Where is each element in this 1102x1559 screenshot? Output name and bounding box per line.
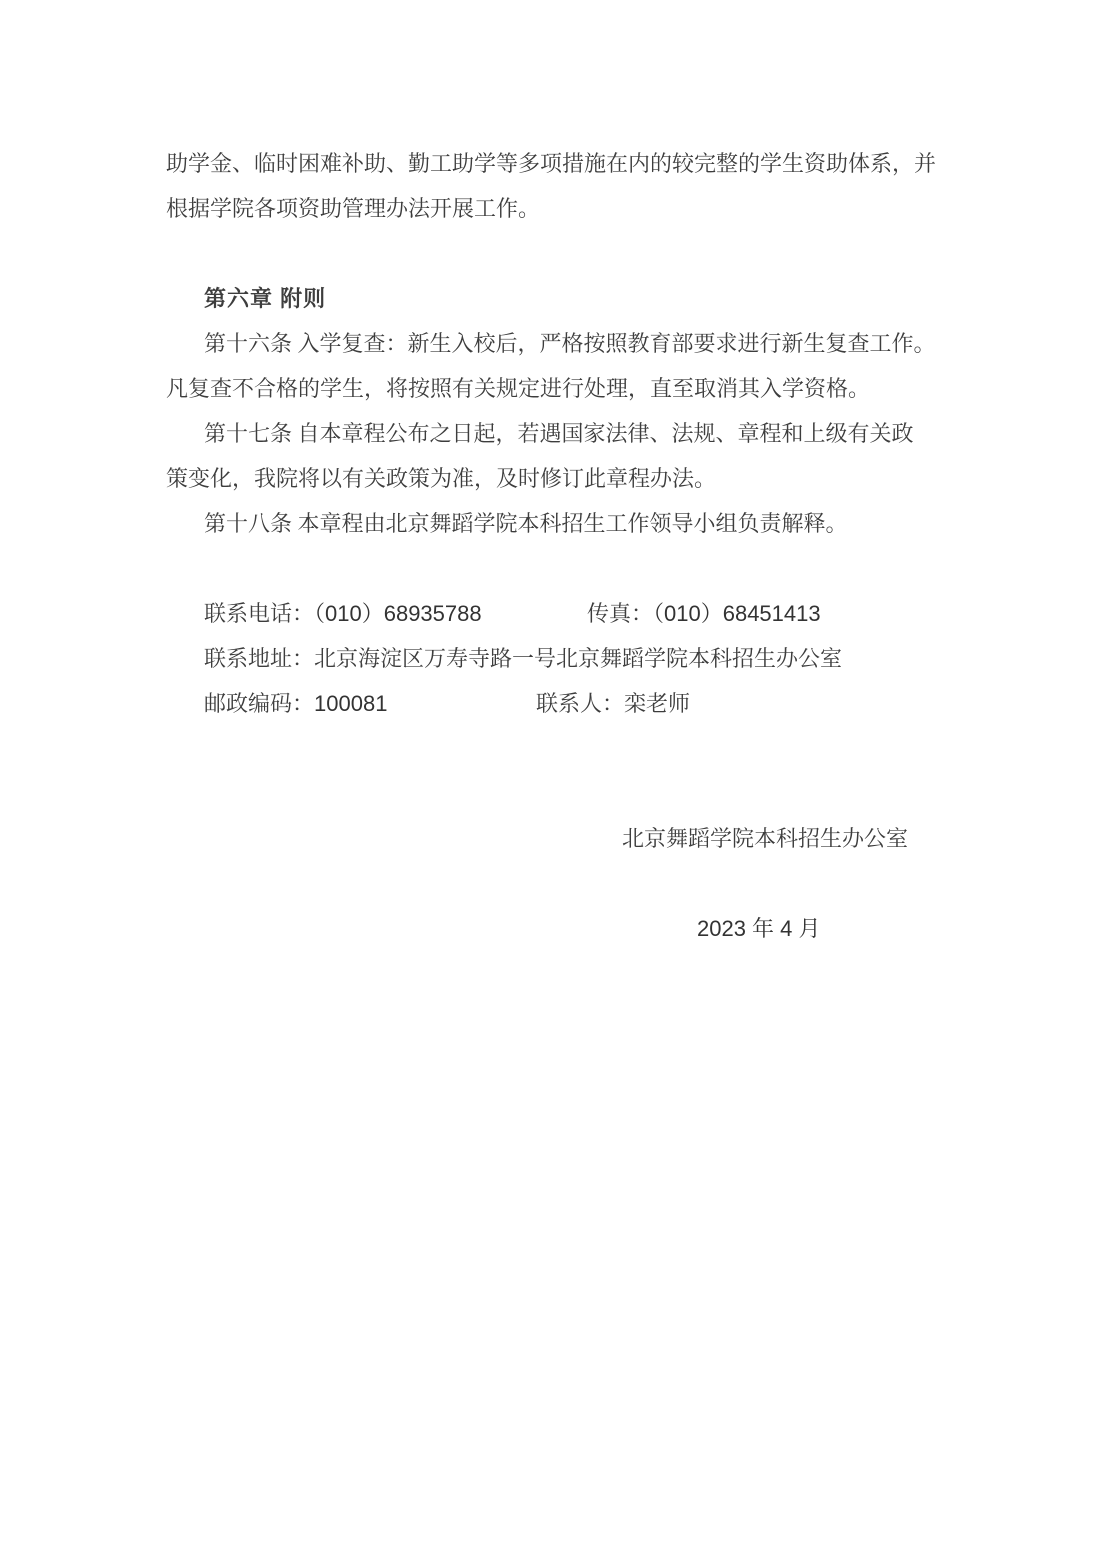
document-body: 助学金、临时困难补助、勤工助学等多项措施在内的较完整的学生资助体系，并 根据学院…: [166, 141, 946, 951]
signature-text: 北京舞蹈学院本科招生办公室: [622, 826, 908, 851]
chapter-heading: 第六章 附则: [166, 276, 946, 321]
intro-line-1-text: 助学金、临时困难补助、勤工助学等多项措施在内的较完整的学生资助体系，并: [166, 151, 936, 176]
intro-line-2-text: 根据学院各项资助管理办法开展工作。: [166, 196, 540, 221]
contact-postcode-line: 邮政编码：100081 联系人：栾老师: [166, 681, 946, 726]
contact-person-label: 联系人：: [536, 691, 624, 716]
contact-postcode-value: 100081: [314, 691, 387, 716]
document-page: 助学金、临时困难补助、勤工助学等多项措施在内的较完整的学生资助体系，并 根据学院…: [0, 0, 1102, 1559]
intro-line-2: 根据学院各项资助管理办法开展工作。: [166, 186, 946, 231]
spacer: [166, 231, 946, 276]
intro-line-1: 助学金、临时困难补助、勤工助学等多项措施在内的较完整的学生资助体系，并: [166, 141, 946, 186]
contact-address-value: 北京海淀区万寿寺路一号北京舞蹈学院本科招生办公室: [314, 646, 842, 671]
contact-address-line: 联系地址：北京海淀区万寿寺路一号北京舞蹈学院本科招生办公室: [166, 636, 946, 681]
spacer: [166, 546, 946, 591]
contact-phone-label: 联系电话：: [204, 601, 314, 626]
article-18-line-1-text: 第十八条 本章程由北京舞蹈学院本科招生工作领导小组负责解释。: [204, 511, 848, 536]
contact-postcode-label: 邮政编码：: [204, 691, 314, 716]
spacer: [166, 861, 946, 906]
article-17-line-1-text: 第十七条 自本章程公布之日起，若遇国家法律、法规、章程和上级有关政: [204, 421, 914, 446]
article-16-line-1: 第十六条 入学复查：新生入校后，严格按照教育部要求进行新生复查工作。: [166, 321, 946, 366]
contact-address-label: 联系地址：: [204, 646, 314, 671]
spacer: [166, 771, 946, 816]
article-17-line-2-text: 策变化，我院将以有关政策为准，及时修订此章程办法。: [166, 466, 716, 491]
date-text: 2023 年 4 月: [697, 916, 821, 941]
article-16-line-1-text: 第十六条 入学复查：新生入校后，严格按照教育部要求进行新生复查工作。: [204, 331, 936, 356]
contact-phone-value: （010）68935788: [314, 601, 482, 626]
contact-fax-value: （010）68451413: [653, 601, 821, 626]
chapter-heading-text: 第六章 附则: [204, 286, 326, 311]
signature-line: 北京舞蹈学院本科招生办公室: [166, 816, 946, 861]
article-16-line-2-text: 凡复查不合格的学生，将按照有关规定进行处理，直至取消其入学资格。: [166, 376, 870, 401]
contact-person-segment: 联系人：栾老师: [536, 681, 690, 726]
article-17-line-1: 第十七条 自本章程公布之日起，若遇国家法律、法规、章程和上级有关政: [166, 411, 946, 456]
date-line: 2023 年 4 月: [166, 906, 946, 951]
article-18-line-1: 第十八条 本章程由北京舞蹈学院本科招生工作领导小组负责解释。: [166, 501, 946, 546]
contact-fax-label: 传真：: [587, 601, 653, 626]
contact-person-value: 栾老师: [624, 691, 690, 716]
article-16-line-2: 凡复查不合格的学生，将按照有关规定进行处理，直至取消其入学资格。: [166, 366, 946, 411]
contact-fax-segment: 传真：（010）68451413: [587, 591, 821, 636]
contact-phone-line: 联系电话：（010）68935788 传真：（010）68451413: [166, 591, 946, 636]
spacer: [166, 726, 946, 771]
article-17-line-2: 策变化，我院将以有关政策为准，及时修订此章程办法。: [166, 456, 946, 501]
